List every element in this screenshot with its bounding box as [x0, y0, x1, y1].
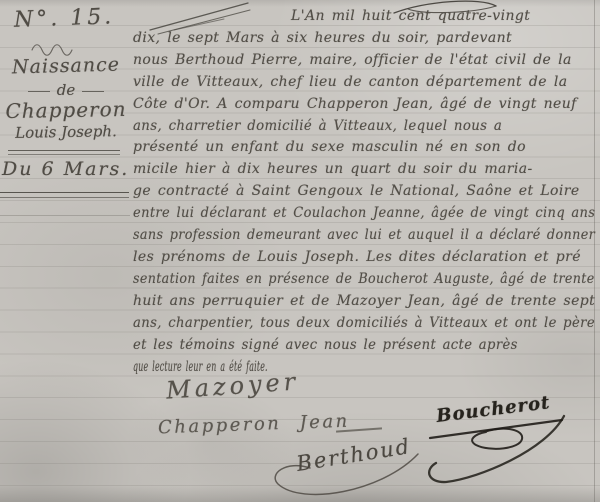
act-body: L'An mil huit cent quatre-vingt dix, le …: [133, 6, 595, 378]
act-line: entre lui déclarant et Coulachon Jeanne,…: [133, 203, 562, 225]
act-line: ans, charpentier, tous deux domiciliés à…: [133, 313, 568, 335]
signature-chapperon-jean: Chapperon Jean: [158, 411, 350, 439]
margin-rule-upper: [8, 150, 120, 155]
act-line: présenté un enfant du sexe masculin né e…: [133, 137, 595, 159]
margin-de-text: de: [57, 81, 75, 99]
act-line: ville de Vitteaux, chef lieu de canton d…: [133, 72, 595, 94]
dash-right: [82, 91, 104, 92]
act-line: micile hier à dix heures un quart du soi…: [133, 159, 595, 181]
margin-rule-lower: [0, 192, 129, 198]
act-line: huit ans perruquier et de Mazoyer Jean, …: [133, 291, 595, 313]
act-line: Côte d'Or. A comparu Chapperon Jean, âgé…: [133, 94, 595, 116]
boucherot-flourish-icon: [422, 400, 582, 490]
act-line: sentation faites en présence de Bouchero…: [133, 269, 551, 291]
act-line: nous Berthoud Pierre, maire, officier de…: [133, 50, 595, 72]
berthoud-flourish-icon: [258, 448, 428, 500]
margin-given-names: Louis Joseph.: [2, 122, 130, 142]
act-line: ans, charretier domicilié à Vitteaux, le…: [133, 116, 572, 138]
act-line: et les témoins signé avec nous le présen…: [133, 335, 567, 357]
dash-left: [28, 91, 50, 92]
squiggle-flourish-icon: [30, 42, 74, 54]
margin-title-naissance: Naissance: [2, 53, 131, 78]
margin-date: Du 6 Mars.: [2, 158, 128, 180]
register-page: N°. 15. Naissance de Chapperon Louis Jos…: [0, 0, 600, 502]
margin-faint-rule: [0, 215, 130, 216]
act-line: dix, le sept Mars à six heures du soir, …: [133, 28, 595, 50]
act-line: L'An mil huit cent quatre-vingt: [133, 6, 595, 28]
act-line: sans profession demeurant avec lui et au…: [133, 225, 555, 247]
record-number: N°. 15.: [14, 4, 115, 32]
act-line: ge contracté à Saint Gengoux le National…: [133, 181, 595, 203]
act-line: les prénoms de Louis Joseph. Les dites d…: [133, 247, 595, 269]
margin-surname: Chapperon: [2, 97, 130, 123]
